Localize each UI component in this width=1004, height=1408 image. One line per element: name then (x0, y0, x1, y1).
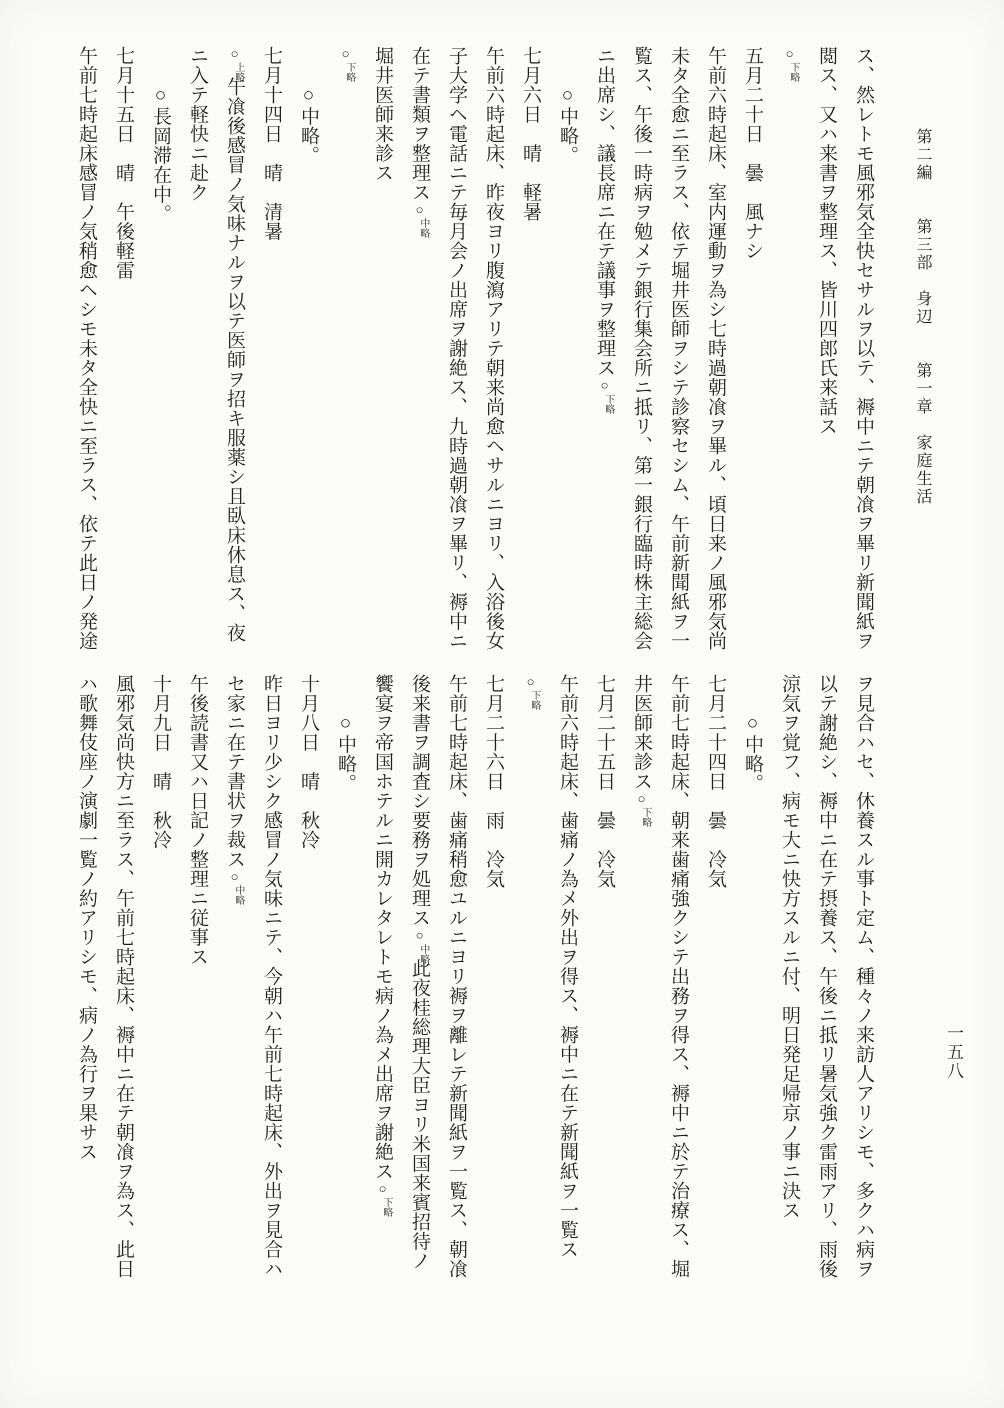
ellipsis-mark-circle: ○ (782, 46, 797, 61)
text-line: 午前六時起床、昨夜ヨリ腹瀉アリテ朝来尚愈ヘサルニヨリ、入浴後女 (475, 46, 512, 694)
text-line: 午前六時起床、歯痛ノ為メ外出ヲ得ス、褥中ニ在テ新聞紙ヲ一覧ス (549, 674, 586, 1322)
text-line: 以テ謝絶シ、褥中ニ在テ摂養ス、午後ニ抵リ暑気強ク雷雨アリ、雨後 (808, 674, 845, 1322)
text-line: ス、然レトモ風邪気全快セサルヲ以テ、褥中ニテ朝飡ヲ畢リ新聞紙ヲ (845, 46, 882, 694)
text-line: 午前七時起床感冒ノ気稍愈ヘシモ未タ全快ニ至ラス、依テ此日ノ発途 (68, 46, 105, 694)
text-line: ○下略 (327, 46, 364, 694)
text-line: 後来書ヲ調査シ要務ヲ処理ス○中略此夜桂総理大臣ヨリ米国来賓招待ノ (401, 674, 438, 1322)
ellipsis-mark-label: 上略 (233, 62, 244, 75)
ellipsis-mark-label: 中略 (418, 218, 429, 231)
text-line: ○下略 (771, 46, 808, 694)
text-line: ○中略。 (549, 46, 586, 694)
diary-text-block-bottom: ヲ見合ハセ、休養スル事ト定ム、種々ノ来訪人アリシモ、多クハ病ヲ以テ謝絶シ、褥中ニ… (68, 674, 882, 1322)
text-line: ○上略午飡後感冒ノ気味ナルヲ以テ医師ヲ招キ服薬シ且臥床休息ス、夜 (216, 46, 253, 694)
ellipsis-mark-label: 中略 (233, 885, 244, 898)
diary-text-block-top: ス、然レトモ風邪気全快セサルヲ以テ、褥中ニテ朝飡ヲ畢リ新聞紙ヲ閲ス、又ハ来書ヲ整… (68, 46, 882, 694)
text-line: ニ入テ軽快ニ赴ク (179, 46, 216, 694)
text-line: 十月八日 晴 秋冷 (290, 674, 327, 1322)
ellipsis-mark-circle: ○ (523, 674, 538, 689)
text-line: ○中略。 (734, 674, 771, 1322)
text-line: 子大学ヘ電話ニテ毎月会ノ出席ヲ謝絶ス、九時過朝飡ヲ畢リ、褥中ニ (438, 46, 475, 694)
text-line: 饗宴ヲ帝国ホテルニ開カレタレトモ病ノ為メ出席ヲ謝絶ス○下略 (364, 674, 401, 1322)
text-line: ○中略。 (290, 46, 327, 694)
ellipsis-mark-circle: ○ (634, 791, 649, 806)
text-line: 七月十五日 晴 午後軽雷 (105, 46, 142, 694)
text-line: 午後読書又ハ日記ノ整理ニ従事ス (179, 674, 216, 1322)
ellipsis-mark-label: 下略 (640, 807, 651, 820)
ellipsis-mark-label: 中略 (418, 944, 429, 957)
ellipsis-mark-label: 下略 (381, 1197, 392, 1210)
scanned-book-page: 第二編 第三部 身辺 第一章 家庭生活 ス、然レトモ風邪気全快セサルヲ以テ、褥中… (0, 0, 1004, 1408)
text-line: 午前七時起床、朝来歯痛強クシテ出務ヲ得ス、褥中ニ於テ治療ス、堀 (660, 674, 697, 1322)
text-line: ニ出席シ、議長席ニ在テ議事ヲ整理ス○下略 (586, 46, 623, 694)
text-line: 風邪気尚快方ニ至ラス、午前七時起床、褥中ニ在テ朝飡ヲ為ス、此日 (105, 674, 142, 1322)
text-line: 七月二十六日 雨 冷気 (475, 674, 512, 1322)
text-line: 七月六日 晴 軽暑 (512, 46, 549, 694)
text-line: 昨日ヨリ少シク感冒ノ気味ニテ、今朝ハ午前七時起床、外出ヲ見合ハ (253, 674, 290, 1322)
ellipsis-mark-circle: ○ (375, 1181, 390, 1196)
ellipsis-mark-label: 下略 (529, 690, 540, 703)
ellipsis-mark-label: 下略 (603, 394, 614, 407)
ellipsis-mark-circle: ○ (227, 46, 242, 61)
text-line: ○下略 (512, 674, 549, 1322)
text-line: ハ歌舞伎座ノ演劇一覧ノ約アリシモ、病ノ為行ヲ果サス (68, 674, 105, 1322)
text-line: 閲ス、又ハ来書ヲ整理ス、皆川四郎氏来話ス (808, 46, 845, 694)
ellipsis-mark-circle: ○ (338, 46, 353, 61)
text-line: 午前六時起床、室内運動ヲ為シ七時過朝飡ヲ畢ル、頃日来ノ風邪気尚 (697, 46, 734, 694)
text-line: 在テ書類ヲ整理ス○中略 (401, 46, 438, 694)
text-line: 未タ全愈ニ至ラス、依テ堀井医師ヲシテ診察セシム、午前新聞紙ヲ一 (660, 46, 697, 694)
text-line: 覧ス、午後一時病ヲ勉メテ銀行集会所ニ抵リ、第一銀行臨時株主総会 (623, 46, 660, 694)
text-line: 堀井医師来診ス (364, 46, 401, 694)
ellipsis-mark-circle: ○ (412, 202, 427, 217)
text-line: 七月十四日 晴 清暑 (253, 46, 290, 694)
text-line: 涼気ヲ覚フ、病モ大ニ快方スルニ付、明日発足帰京ノ事ニ決ス (771, 674, 808, 1322)
text-line: セ家ニ在テ書状ヲ裁ス○中略 (216, 674, 253, 1322)
running-head: 第二編 第三部 身辺 第一章 家庭生活 (911, 128, 934, 548)
ellipsis-mark-label: 下略 (344, 62, 355, 75)
text-line: ○長岡滞在中。 (142, 46, 179, 694)
text-line: 午前七時起床、歯痛稍愈ユルニヨリ褥ヲ離レテ新聞紙ヲ一覧ス、朝飡 (438, 674, 475, 1322)
text-line: 七月二十四日 曇 冷気 (697, 674, 734, 1322)
ellipsis-mark-circle: ○ (597, 378, 612, 393)
text-line: 井医師来診ス○下略 (623, 674, 660, 1322)
page-number: 一五八 (941, 1024, 966, 1094)
ellipsis-mark-label: 下略 (788, 62, 799, 75)
text-line: ヲ見合ハセ、休養スル事ト定ム、種々ノ来訪人アリシモ、多クハ病ヲ (845, 674, 882, 1322)
ellipsis-mark-circle: ○ (412, 928, 427, 943)
text-line: 五月二十日 曇 風ナシ (734, 46, 771, 694)
text-line: 十月九日 晴 秋冷 (142, 674, 179, 1322)
ellipsis-mark-circle: ○ (227, 869, 242, 884)
text-line: ○中略。 (327, 674, 364, 1322)
text-line: 七月二十五日 曇 冷気 (586, 674, 623, 1322)
